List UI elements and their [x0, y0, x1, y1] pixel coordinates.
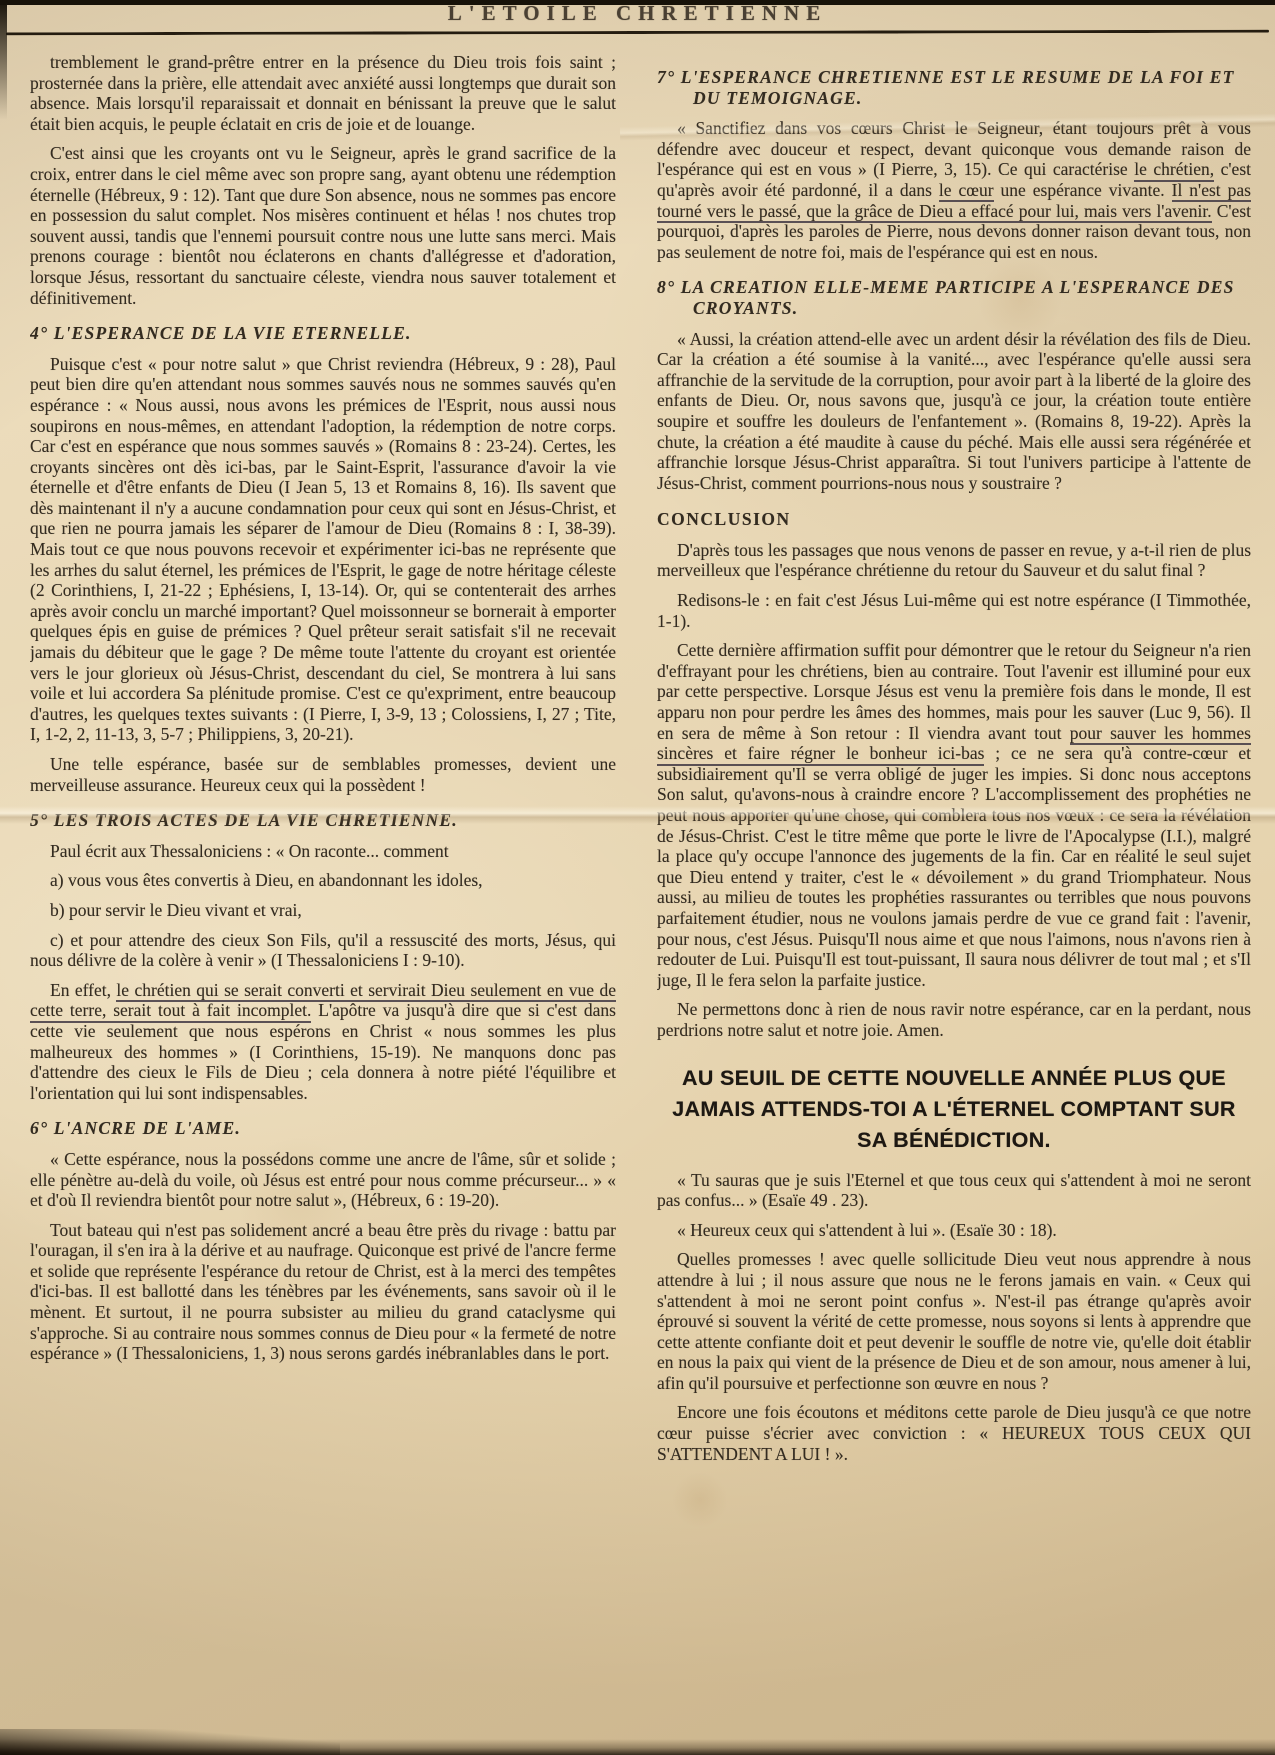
paragraph: c) et pour attendre des cieux Son Fils, … — [30, 930, 616, 971]
text-segment: b) pour servir le Dieu vivant et vrai, — [50, 900, 302, 920]
section-heading: 6° L'ANCRE DE L'AME. — [30, 1118, 616, 1139]
text-segment: Redisons-le : en fait c'est Jésus Lui-mê… — [657, 590, 1251, 631]
paragraph: b) pour servir le Dieu vivant et vrai, — [30, 900, 616, 921]
text-segment: 8° LA CREATION ELLE-MEME PARTICIPE A L'E… — [657, 277, 1235, 318]
text-segment: Paul écrit aux Thessaloniciens : « On ra… — [50, 841, 449, 861]
paragraph: « Sanctifiez dans vos cœurs Christ le Se… — [657, 118, 1251, 262]
text-segment: 5° LES TROIS ACTES DE LA VIE CHRETIENNE. — [30, 810, 458, 830]
paragraph: « Aussi, la création attend-elle avec un… — [657, 329, 1251, 494]
page-top-edge — [0, 0, 1275, 5]
paragraph: Paul écrit aux Thessaloniciens : « On ra… — [30, 841, 616, 862]
paragraph: D'après tous les passages que nous venon… — [657, 540, 1251, 581]
text-segment: AU SEUIL DE CETTE NOUVELLE ANNÉE PLUS QU… — [672, 1066, 1235, 1152]
text-segment: CONCLUSION — [657, 509, 791, 529]
paragraph: Redisons-le : en fait c'est Jésus Lui-mê… — [657, 590, 1251, 631]
pen-underlined-text: le cœur — [939, 180, 994, 203]
paragraph: a) vous vous êtes convertis à Dieu, en a… — [30, 870, 616, 891]
text-segment: ; ce ne sera qu'à contre-cœur et subsidi… — [657, 743, 1251, 990]
page-bottom-left-shadow — [0, 1729, 340, 1755]
text-segment: une espérance vivante. — [994, 180, 1172, 200]
text-segment: C'est ainsi que les croyants ont vu le S… — [30, 143, 616, 307]
masthead-rule — [6, 30, 1269, 36]
text-segment: Une telle espérance, basée sur de sembla… — [30, 754, 616, 795]
paragraph: En effet, le chrétien qui se serait conv… — [30, 980, 616, 1104]
paragraph: Quelles promesses ! avec quelle sollicit… — [657, 1249, 1251, 1393]
text-segment: a) vous vous êtes convertis à Dieu, en a… — [50, 870, 483, 890]
left-column: tremblement le grand-prêtre entrer en la… — [30, 52, 616, 1750]
text-segment: 7° L'ESPERANCE CHRETIENNE EST LE RESUME … — [657, 67, 1235, 108]
text-segment: 6° L'ANCRE DE L'AME. — [30, 1118, 241, 1138]
text-segment: Encore une fois écoutons et méditons cet… — [657, 1402, 1251, 1463]
text-segment: Puisque c'est « pour notre salut » que C… — [30, 354, 616, 745]
section-heading: 5° LES TROIS ACTES DE LA VIE CHRETIENNE. — [30, 810, 616, 831]
section-heading: 7° L'ESPERANCE CHRETIENNE EST LE RESUME … — [657, 67, 1251, 108]
paragraph: Encore une fois écoutons et méditons cet… — [657, 1402, 1251, 1464]
paragraph: « Heureux ceux qui s'attendent à lui ». … — [657, 1220, 1251, 1241]
paragraph: Une telle espérance, basée sur de sembla… — [30, 754, 616, 795]
paragraph: Cette dernière affirmation suffit pour d… — [657, 640, 1251, 990]
paragraph: tremblement le grand-prêtre entrer en la… — [30, 52, 616, 134]
text-segment: « Aussi, la création attend-elle avec un… — [657, 329, 1251, 493]
text-segment: Ne permettons donc à rien de nous ravir … — [657, 999, 1251, 1040]
section-heading: 8° LA CREATION ELLE-MEME PARTICIPE A L'E… — [657, 277, 1251, 318]
headline: AU SEUIL DE CETTE NOUVELLE ANNÉE PLUS QU… — [657, 1063, 1251, 1156]
paragraph: Ne permettons donc à rien de nous ravir … — [657, 999, 1251, 1040]
text-segment: « Tu sauras que je suis l'Eternel et que… — [657, 1170, 1251, 1211]
text-segment: En effet, — [50, 980, 116, 1000]
text-segment: D'après tous les passages que nous venon… — [657, 540, 1251, 581]
text-segment: Tout bateau qui n'est pas solidement anc… — [30, 1220, 616, 1364]
text-segment: tremblement le grand-prêtre entrer en la… — [30, 52, 616, 134]
paragraph: Tout bateau qui n'est pas solidement anc… — [30, 1220, 616, 1364]
right-column: 7° L'ESPERANCE CHRETIENNE EST LE RESUME … — [657, 52, 1251, 1750]
text-segment: 4° L'ESPERANCE DE LA VIE ETERNELLE. — [30, 323, 412, 343]
text-segment: « Heureux ceux qui s'attendent à lui ». … — [677, 1220, 1057, 1240]
text-segment: « Cette espérance, nous la possédons com… — [30, 1149, 616, 1210]
pen-underlined-text: le chrétien, — [1134, 159, 1214, 182]
text-segment: c) et pour attendre des cieux Son Fils, … — [30, 930, 616, 971]
paragraph: « Tu sauras que je suis l'Eternel et que… — [657, 1170, 1251, 1211]
paragraph: C'est ainsi que les croyants ont vu le S… — [30, 143, 616, 308]
page-left-edge — [0, 0, 7, 120]
paragraph: « Cette espérance, nous la possédons com… — [30, 1149, 616, 1211]
section-heading: 4° L'ESPERANCE DE LA VIE ETERNELLE. — [30, 323, 616, 344]
conclusion-heading: CONCLUSION — [657, 509, 1251, 530]
paragraph: Puisque c'est « pour notre salut » que C… — [30, 354, 616, 745]
text-segment: Quelles promesses ! avec quelle sollicit… — [657, 1249, 1251, 1393]
